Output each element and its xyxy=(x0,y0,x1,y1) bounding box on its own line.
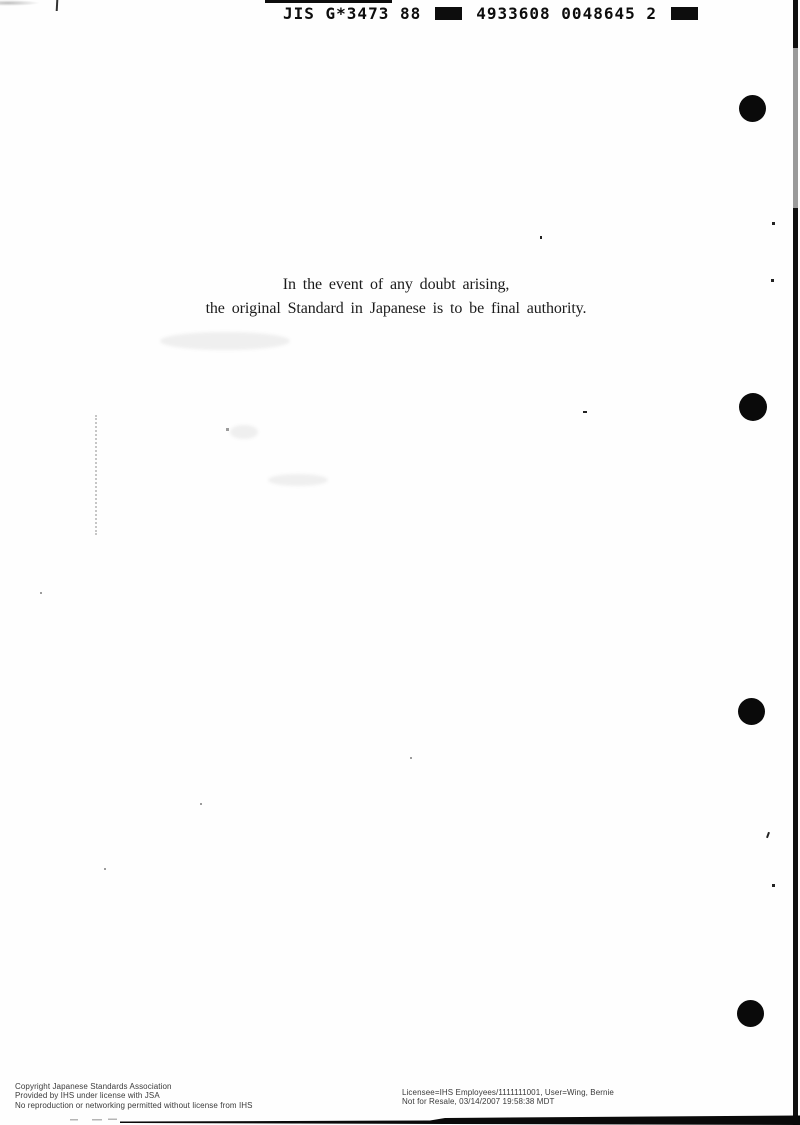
bottom-scan-bar xyxy=(0,1110,800,1125)
doubt-notice: In the event of any doubt arising, the o… xyxy=(0,273,792,321)
scan-artifact xyxy=(200,803,202,805)
copyright-line: No reproduction or networking permitted … xyxy=(15,1101,253,1110)
copyright-line: Copyright Japanese Standards Association xyxy=(15,1082,253,1091)
punch-hole-dot xyxy=(739,95,766,122)
top-rule-line xyxy=(265,0,392,3)
solid-block-icon xyxy=(671,7,698,20)
scan-artifact xyxy=(40,592,42,594)
punch-hole-dot xyxy=(738,698,765,725)
pen-mark xyxy=(56,0,59,11)
serial-number: 4933608 0048645 2 xyxy=(476,4,657,23)
scan-artifact xyxy=(268,474,328,486)
copyright-line: Provided by IHS under license with JSA xyxy=(15,1091,253,1100)
license-block: Licensee=IHS Employees/1111111001, User=… xyxy=(402,1088,614,1107)
scan-artifact xyxy=(583,411,587,413)
scan-artifact xyxy=(771,279,774,282)
license-line: Licensee=IHS Employees/1111111001, User=… xyxy=(402,1088,614,1097)
license-line: Not for Resale, 03/14/2007 19:58:38 MDT xyxy=(402,1097,614,1106)
scan-artifact xyxy=(95,415,97,535)
scan-artifact xyxy=(160,332,290,350)
scan-artifact xyxy=(230,425,258,439)
scanned-standard-page: JIS G*3473 88 4933608 0048645 2 In the e… xyxy=(0,0,800,1125)
scan-artifact xyxy=(772,884,775,887)
scan-artifact xyxy=(0,0,40,6)
document-header: JIS G*3473 88 4933608 0048645 2 xyxy=(283,4,698,23)
solid-block-icon xyxy=(435,7,462,20)
scan-artifact xyxy=(410,757,412,759)
notice-line-1: In the event of any doubt arising, xyxy=(0,273,792,297)
punch-hole-dot xyxy=(737,1000,764,1027)
standard-code: JIS G*3473 88 xyxy=(283,4,421,23)
scan-edge-fade xyxy=(793,48,798,208)
scan-artifact xyxy=(766,832,770,838)
notice-line-2: the original Standard in Japanese is to … xyxy=(0,297,792,321)
scan-artifact xyxy=(540,236,542,239)
copyright-block: Copyright Japanese Standards Association… xyxy=(15,1082,253,1110)
scan-artifact xyxy=(772,222,775,225)
punch-hole-dot xyxy=(739,393,767,421)
scan-artifact xyxy=(104,868,106,870)
scan-artifact xyxy=(226,428,229,431)
